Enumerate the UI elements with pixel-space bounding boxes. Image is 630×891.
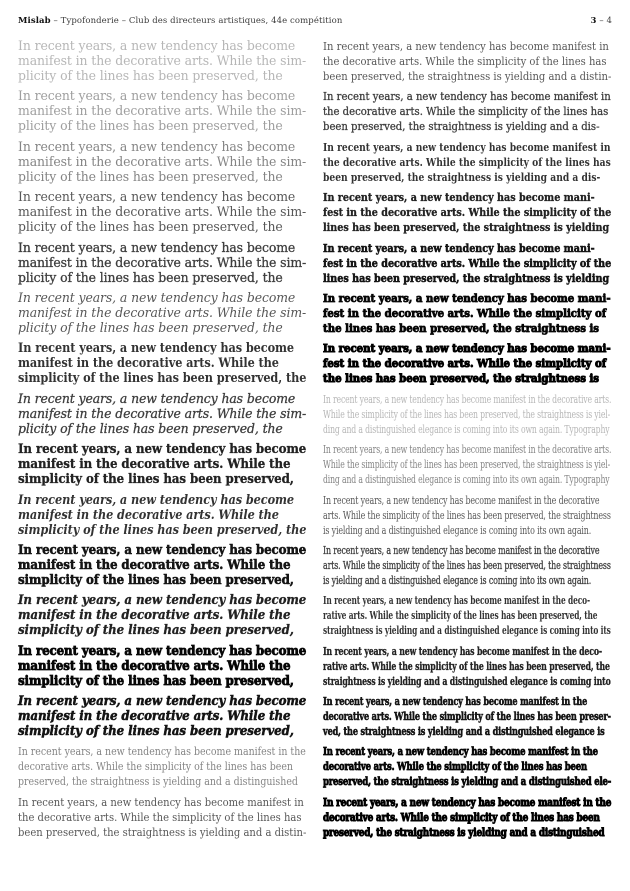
specimen-block-text-semibold: In recent years, a new tendency has beco… xyxy=(323,140,567,185)
specimen-columns: In recent years, a new tendency has beco… xyxy=(18,39,612,845)
specimen-block-bold: In recent years, a new tendency has beco… xyxy=(18,442,280,487)
specimen-block-text-ultra: In recent years, a new tendency has beco… xyxy=(323,341,594,386)
left-column: In recent years, a new tendency has beco… xyxy=(18,39,306,845)
specimen-block-bold-italic: In recent years, a new tendency has beco… xyxy=(18,593,280,638)
specimen-block-extralight: In recent years, a new tendency has beco… xyxy=(18,89,294,134)
page-header: Mislab – Typofonderie – Club des directe… xyxy=(18,16,612,27)
specimen-block-text-light: In recent years, a new tendency has beco… xyxy=(18,744,269,789)
specimen-page: Mislab – Typofonderie – Club des directe… xyxy=(0,0,630,891)
specimen-block-semibold-italic: In recent years, a new tendency has beco… xyxy=(18,493,269,538)
specimen-block-narrow-bold: In recent years, a new tendency has beco… xyxy=(323,644,531,689)
specimen-block-black: In recent years, a new tendency has beco… xyxy=(18,644,280,689)
specimen-block-text-black: In recent years, a new tendency has beco… xyxy=(323,291,594,336)
specimen-block-italic: In recent years, a new tendency has beco… xyxy=(18,291,294,336)
specimen-block-narrow-medium: In recent years, a new tendency has beco… xyxy=(323,543,534,588)
specimen-block-semibold: In recent years, a new tendency has beco… xyxy=(18,341,269,386)
specimen-block-narrow-ultra: In recent years, a new tendency has beco… xyxy=(323,795,559,840)
page-number: 3 – 4 xyxy=(591,16,612,27)
right-column: In recent years, a new tendency has beco… xyxy=(323,39,611,845)
specimen-block-narrow-extrabold: In recent years, a new tendency has beco… xyxy=(323,694,540,739)
page-number-rest: – 4 xyxy=(597,16,612,26)
specimen-block-text-extrabold: In recent years, a new tendency has beco… xyxy=(323,241,579,286)
specimen-block-narrow-semibold: In recent years, a new tendency has beco… xyxy=(323,593,522,638)
specimen-block-thin: In recent years, a new tendency has beco… xyxy=(18,39,294,84)
specimen-block-narrow-light: In recent years, a new tendency has beco… xyxy=(323,442,528,487)
specimen-block-narrow-thin: In recent years, a new tendency has beco… xyxy=(323,392,528,437)
specimen-block-extrabold: In recent years, a new tendency has beco… xyxy=(18,543,280,588)
specimen-block-light: In recent years, a new tendency has beco… xyxy=(18,140,294,185)
font-name: Mislab xyxy=(18,16,51,26)
specimen-block-regular: In recent years, a new tendency has beco… xyxy=(18,190,294,235)
specimen-block-extrabold-italic: In recent years, a new tendency has beco… xyxy=(18,694,280,739)
specimen-block-medium: In recent years, a new tendency has beco… xyxy=(18,241,294,286)
header-subtitle: – Typofonderie – Club des directeurs art… xyxy=(51,16,343,26)
specimen-block-narrow-black: In recent years, a new tendency has beco… xyxy=(323,744,548,789)
specimen-block-text-medium: In recent years, a new tendency has beco… xyxy=(323,89,591,134)
specimen-block-narrow-regular: In recent years, a new tendency has beco… xyxy=(323,493,534,538)
specimen-block-text-bold: In recent years, a new tendency has beco… xyxy=(323,190,579,235)
specimen-block-text-regular: In recent years, a new tendency has beco… xyxy=(18,795,285,840)
specimen-block-text-book: In recent years, a new tendency has beco… xyxy=(323,39,590,84)
specimen-block-medium-italic: In recent years, a new tendency has beco… xyxy=(18,392,294,437)
header-title: Mislab – Typofonderie – Club des directe… xyxy=(18,16,342,27)
